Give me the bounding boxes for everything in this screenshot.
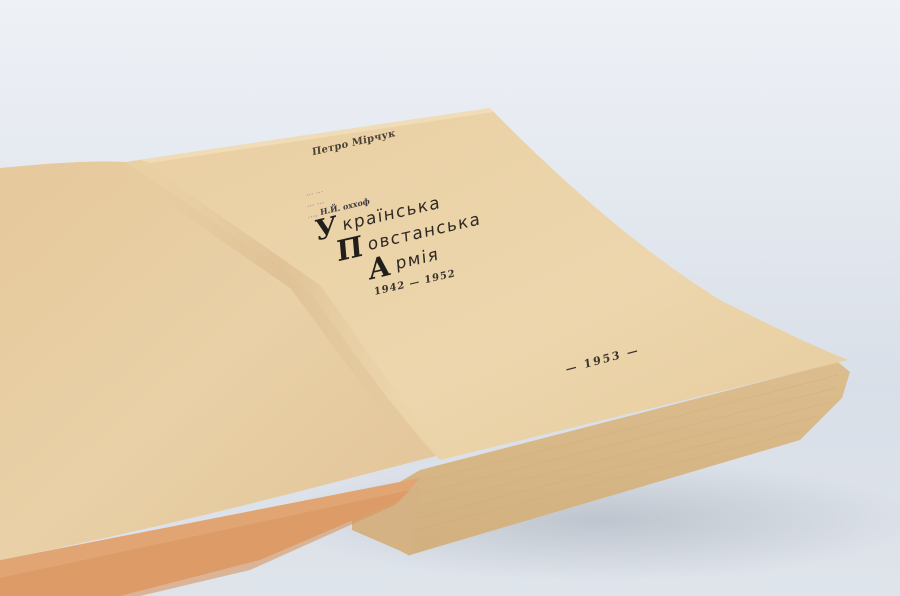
photo-scene: Петро Мірчук ... ... ... ... ..., Н.Й. о… [0, 0, 900, 596]
open-book [0, 0, 900, 596]
